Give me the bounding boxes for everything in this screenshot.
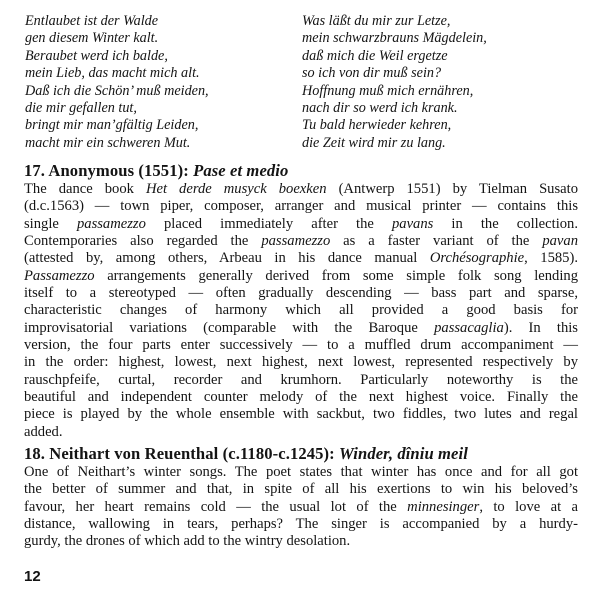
italic-term: Het derde musyck boexken xyxy=(146,181,327,197)
section-17: 17. Anonymous (1551): Pase et medio The … xyxy=(24,161,578,441)
body-line: in the order: highest, lowest, next high… xyxy=(24,354,578,371)
poem-line: Entlaubet ist der Walde xyxy=(25,13,285,30)
poem-line: macht mir ein schweren Mut. xyxy=(25,135,285,152)
section-title: Pase et medio xyxy=(193,161,288,180)
body-line: the better of summer and that, in spite … xyxy=(24,481,578,498)
body-line: improvisatorial variations (comparable w… xyxy=(24,320,578,337)
section-body: One of Neithart’s winter songs. The poet… xyxy=(24,464,578,551)
body-line: distance, wallowing in tears, perhaps? T… xyxy=(24,516,578,533)
poem-left-stanza: Entlaubet ist der Waldegen diesem Winter… xyxy=(25,13,285,152)
body-line: gurdy, the drones of which add to the wi… xyxy=(24,533,578,550)
poem-line: mein Lieb, das macht mich alt. xyxy=(25,65,285,82)
italic-term: pavan xyxy=(542,233,578,249)
poem-line: Was läßt du mir zur Letze, xyxy=(302,13,592,30)
body-line: characteristic changes of harmony which … xyxy=(24,302,578,319)
italic-term: minnesinger xyxy=(407,499,479,515)
poem-right-stanza: Was läßt du mir zur Letze,mein schwarzbr… xyxy=(302,13,592,152)
poem-line: Tu bald herwieder kehren, xyxy=(302,117,592,134)
poem-line: so ich von dir muß sein? xyxy=(302,65,592,82)
body-line: piece is played by the whole ensemble wi… xyxy=(24,406,578,423)
body-line: (d.c.1563) — town piper, composer, arran… xyxy=(24,198,578,215)
italic-term: passamezzo xyxy=(77,216,146,232)
poem-line: nach dir so werd ich krank. xyxy=(302,100,592,117)
poem-line: daß mich die Weil ergetze xyxy=(302,48,592,65)
section-composer: Neithart von Reuenthal (c.1180-c.1245): xyxy=(49,444,335,463)
poem-line: die mir gefallen tut, xyxy=(25,100,285,117)
section-title: Winder, dîniu meil xyxy=(339,444,468,463)
poem-line: bringt mir man’gfältig Leiden, xyxy=(25,117,285,134)
body-line: added. xyxy=(24,424,578,441)
body-line: (attested by, among others, Arbeau in hi… xyxy=(24,250,578,267)
body-line: Passamezzo arrangements generally derive… xyxy=(24,268,578,285)
body-line: single passamezzo placed immediately aft… xyxy=(24,216,578,233)
poem-line: die Zeit wird mir zu lang. xyxy=(302,135,592,152)
poem-line: Beraubet werd ich balde, xyxy=(25,48,285,65)
body-line: rauschpfeife, curtal, recorder and krumh… xyxy=(24,372,578,389)
poem-line: mein schwarzbrauns Mägdelein, xyxy=(302,30,592,47)
poem-line: Daß ich die Schön’ muß meiden, xyxy=(25,83,285,100)
italic-term: Passamezzo xyxy=(24,268,95,284)
poem-line: Hoffnung muß mich ernähren, xyxy=(302,83,592,100)
poem-line: gen diesem Winter kalt. xyxy=(25,30,285,47)
section-number: 17. xyxy=(24,161,45,180)
body-line: itself to a stereotyped — often graduall… xyxy=(24,285,578,302)
section-18: 18. Neithart von Reuenthal (c.1180-c.124… xyxy=(24,444,578,551)
italic-term: Orchésographie xyxy=(430,250,524,266)
italic-term: passamezzo xyxy=(261,233,330,249)
section-body: The dance book Het derde musyck boexken … xyxy=(24,181,578,441)
body-line: beautiful and independent counter melody… xyxy=(24,389,578,406)
body-line: One of Neithart’s winter songs. The poet… xyxy=(24,464,578,481)
page-number: 12 xyxy=(24,568,41,585)
section-composer: Anonymous (1551): xyxy=(48,161,188,180)
body-line: Contemporaries also regarded the passame… xyxy=(24,233,578,250)
body-line: The dance book Het derde musyck boexken … xyxy=(24,181,578,198)
body-line: version, the four parts enter successive… xyxy=(24,337,578,354)
section-heading: 17. Anonymous (1551): Pase et medio xyxy=(24,161,578,181)
section-heading: 18. Neithart von Reuenthal (c.1180-c.124… xyxy=(24,444,578,464)
body-line: favour, her heart remains cold — the usu… xyxy=(24,499,578,516)
section-number: 18. xyxy=(24,444,45,463)
italic-term: passacaglia xyxy=(434,320,504,336)
italic-term: pavans xyxy=(392,216,433,232)
